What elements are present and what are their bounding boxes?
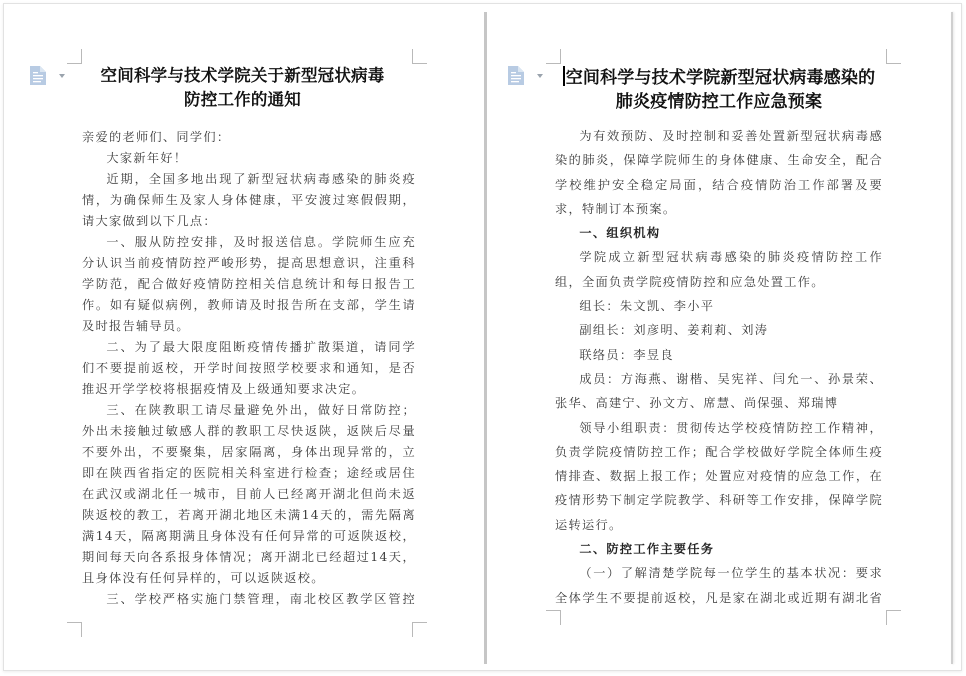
document-paste-options-icon[interactable] bbox=[508, 66, 524, 85]
paragraph: 一、服从防控安排，及时报送信息。学院师生应充分认识当前疫情防控严峻形势，提高思想… bbox=[82, 232, 416, 337]
title-line-1: 空间科学与技术学院新型冠状病毒感染的 bbox=[559, 66, 879, 90]
margin-mark-bottom-left bbox=[546, 610, 561, 625]
title-line-1: 空间科学与技术学院关于新型冠状病毒 bbox=[70, 64, 415, 88]
margin-mark-top-right bbox=[412, 49, 427, 64]
deputy-leaders: 副组长：刘彦明、姜莉莉、刘涛 bbox=[555, 318, 883, 342]
text-cursor bbox=[563, 66, 565, 86]
margin-mark-bottom-left bbox=[67, 622, 82, 637]
page-edge bbox=[951, 12, 953, 664]
margin-mark-bottom-right bbox=[886, 610, 901, 625]
left-document-page: 空间科学与技术学院关于新型冠状病毒 防控工作的通知 亲爱的老师们、同学们： 大家… bbox=[0, 0, 484, 676]
left-page-body: 亲爱的老师们、同学们： 大家新年好！ 近期，全国多地出现了新型冠状病毒感染的肺炎… bbox=[82, 127, 416, 609]
right-document-page: 空间科学与技术学院新型冠状病毒感染的 肺炎疫情防控工作应急预案 为有效预防、及时… bbox=[487, 0, 951, 676]
section-heading: 二、防控工作主要任务 bbox=[555, 537, 883, 561]
paragraph: 学院成立新型冠状病毒感染的肺炎疫情防控工作组，全面负责学院疫情防控和应急处置工作… bbox=[555, 245, 883, 294]
salutation: 亲爱的老师们、同学们： bbox=[82, 127, 416, 148]
paragraph: 三、在陕教职工请尽量避免外出，做好日常防控；外出未接触过敏感人群的教职工尽快返陕… bbox=[82, 400, 416, 589]
paragraph: 为有效预防、及时控制和妥善处置新型冠状病毒感染的肺炎，保障学院师生的身体健康、生… bbox=[555, 124, 883, 221]
title-line-2: 防控工作的通知 bbox=[70, 88, 415, 112]
paragraph: （一）了解清楚学院每一位学生的基本状况：要求全体学生不要提前返校，凡是家在湖北或… bbox=[555, 561, 883, 611]
paragraph: 三、学校严格实施门禁管理，南北校区教学区管控无关人员及车辆入校，师生员工凭一卡通… bbox=[82, 589, 416, 609]
chevron-down-icon[interactable] bbox=[537, 74, 543, 78]
chevron-down-icon[interactable] bbox=[59, 74, 65, 78]
left-page-title: 空间科学与技术学院关于新型冠状病毒 防控工作的通知 bbox=[70, 64, 415, 112]
paragraph: 二、为了最大限度阻断疫情传播扩散渠道，请同学们不要提前返校，开学时间按照学校要求… bbox=[82, 337, 416, 400]
margin-mark-top-left bbox=[67, 49, 82, 64]
right-page-body: 为有效预防、及时控制和妥善处置新型冠状病毒感染的肺炎，保障学院师生的身体健康、生… bbox=[555, 124, 883, 611]
greeting: 大家新年好！ bbox=[82, 148, 416, 169]
members: 成员：方海燕、谢楷、吴宪祥、闫允一、孙景荣、张华、高建宁、孙文方、席慧、尚保强、… bbox=[555, 367, 883, 416]
team-leaders: 组长：朱文凯、李小平 bbox=[555, 294, 883, 318]
liaison: 联络员：李昱良 bbox=[555, 343, 883, 367]
right-page-title: 空间科学与技术学院新型冠状病毒感染的 肺炎疫情防控工作应急预案 bbox=[559, 66, 879, 114]
paragraph: 近期，全国多地出现了新型冠状病毒感染的肺炎疫情，为确保师生及家人身体健康，平安渡… bbox=[82, 169, 416, 232]
margin-mark-bottom-right bbox=[412, 622, 427, 637]
margin-mark-top-right bbox=[886, 49, 901, 64]
document-paste-options-icon[interactable] bbox=[30, 66, 46, 85]
margin-mark-top-left bbox=[546, 49, 561, 64]
paragraph: 领导小组职责：贯彻传达学校疫情防控工作精神，负责学院疫情防控工作；配合学校做好学… bbox=[555, 416, 883, 537]
title-line-2: 肺炎疫情防控工作应急预案 bbox=[559, 90, 879, 114]
section-heading: 一、组织机构 bbox=[555, 221, 883, 245]
